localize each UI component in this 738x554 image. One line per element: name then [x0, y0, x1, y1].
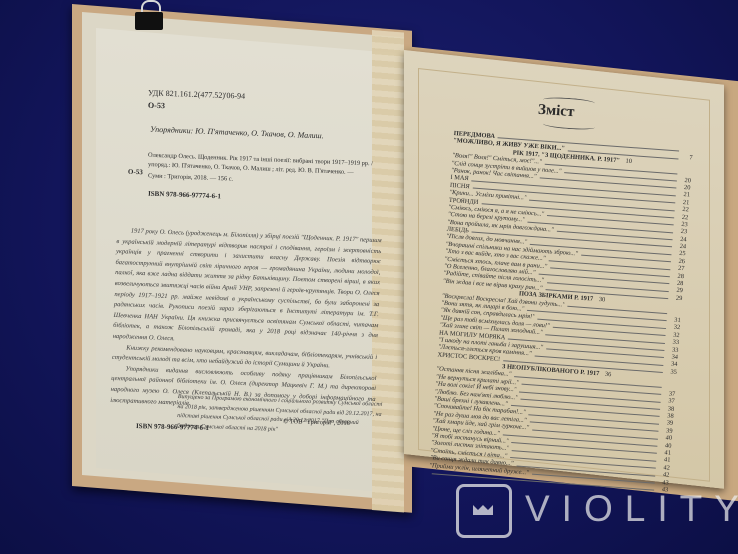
- table-of-contents: ПЕРЕДМОВА"МОЖЛИВО, Я ЖИВУ УЖЕ ВІКИ..."7Р…: [429, 130, 694, 494]
- binder-clip-icon: [133, 0, 165, 32]
- crown-icon: [456, 484, 512, 538]
- copyright-line: © ТОВ "Тригорія", 2018: [283, 417, 350, 429]
- toc-title: Зміст: [537, 102, 574, 121]
- annotation-text: 1917 року О. Олесь (уродженець м. Білопі…: [110, 226, 382, 416]
- author-code: О-53: [148, 101, 165, 112]
- annotation-paragraph: 1917 року О. Олесь (уродженець м. Білопі…: [113, 226, 382, 353]
- isbn-bottom: ISBN 978-966-97774-6-1: [136, 421, 209, 433]
- watermark-text: VIOLITY: [525, 488, 738, 530]
- catalog-code: О-53: [128, 167, 143, 178]
